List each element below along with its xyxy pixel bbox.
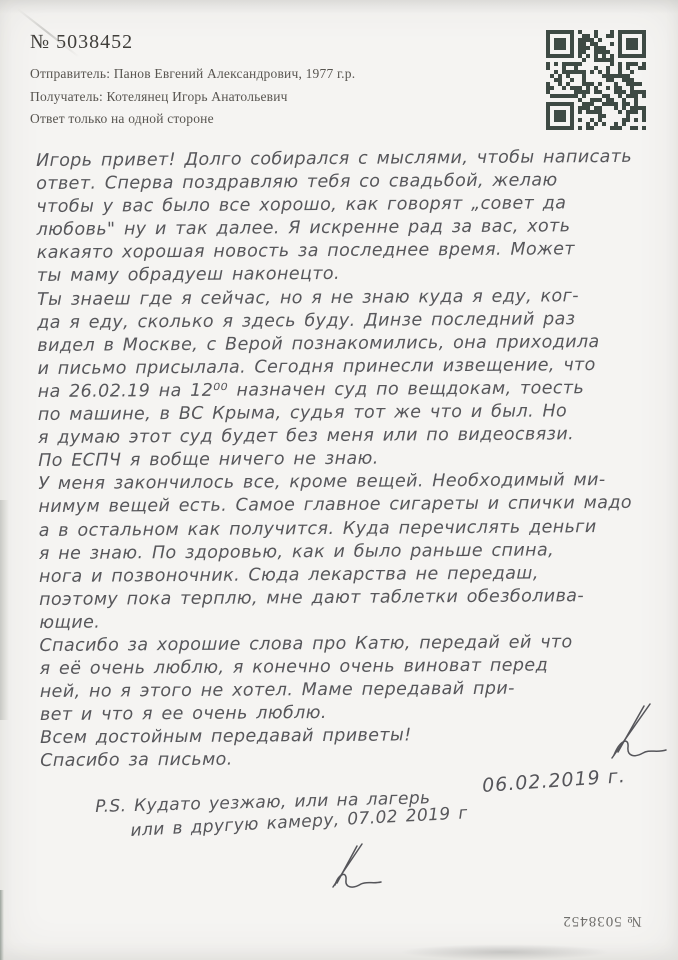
postscript-note: P.S. Кудато уезжаю, или на лагерьили в д… bbox=[95, 797, 468, 841]
hand-line: поэтому пока терплю, мне дают таблетки о… bbox=[39, 584, 657, 611]
signature-icon bbox=[598, 698, 670, 774]
reply-rule-note: Ответ только на одной стороне bbox=[30, 111, 214, 127]
qr-code-icon bbox=[546, 30, 646, 130]
sender-line: Отправитель: Панов Евгений Александрович… bbox=[30, 66, 355, 82]
document-number: № 5038452 bbox=[30, 31, 133, 54]
scanned-letter-page: № 5038452 Отправитель: Панов Евгений Але… bbox=[0, 0, 678, 960]
hand-line: а в остальном как получится. Куда перечи… bbox=[39, 515, 657, 542]
paper-top-shadow bbox=[0, 0, 678, 14]
hand-line: я думаю этот суд будет без меня или по в… bbox=[38, 423, 656, 450]
hand-line: Игорь привет! Долго собирался с мыслями,… bbox=[36, 146, 654, 173]
paper-edge-sliver bbox=[0, 890, 4, 960]
paper-bottom-smudge bbox=[400, 944, 610, 960]
hand-line: какаято хорошая новость за последнее вре… bbox=[37, 238, 655, 265]
hand-line: Спасибо за хорошие слова про Катю, перед… bbox=[39, 631, 657, 658]
signature-icon bbox=[320, 840, 386, 898]
handwritten-letter-body: Игорь привет! Долго собирался с мыслями,… bbox=[36, 146, 658, 774]
document-number-upside-down: № 5038452 bbox=[550, 912, 654, 929]
recipient-line: Получатель: Котелянец Игорь Анатольевич bbox=[30, 89, 288, 105]
paper-left-shadow bbox=[0, 500, 9, 720]
